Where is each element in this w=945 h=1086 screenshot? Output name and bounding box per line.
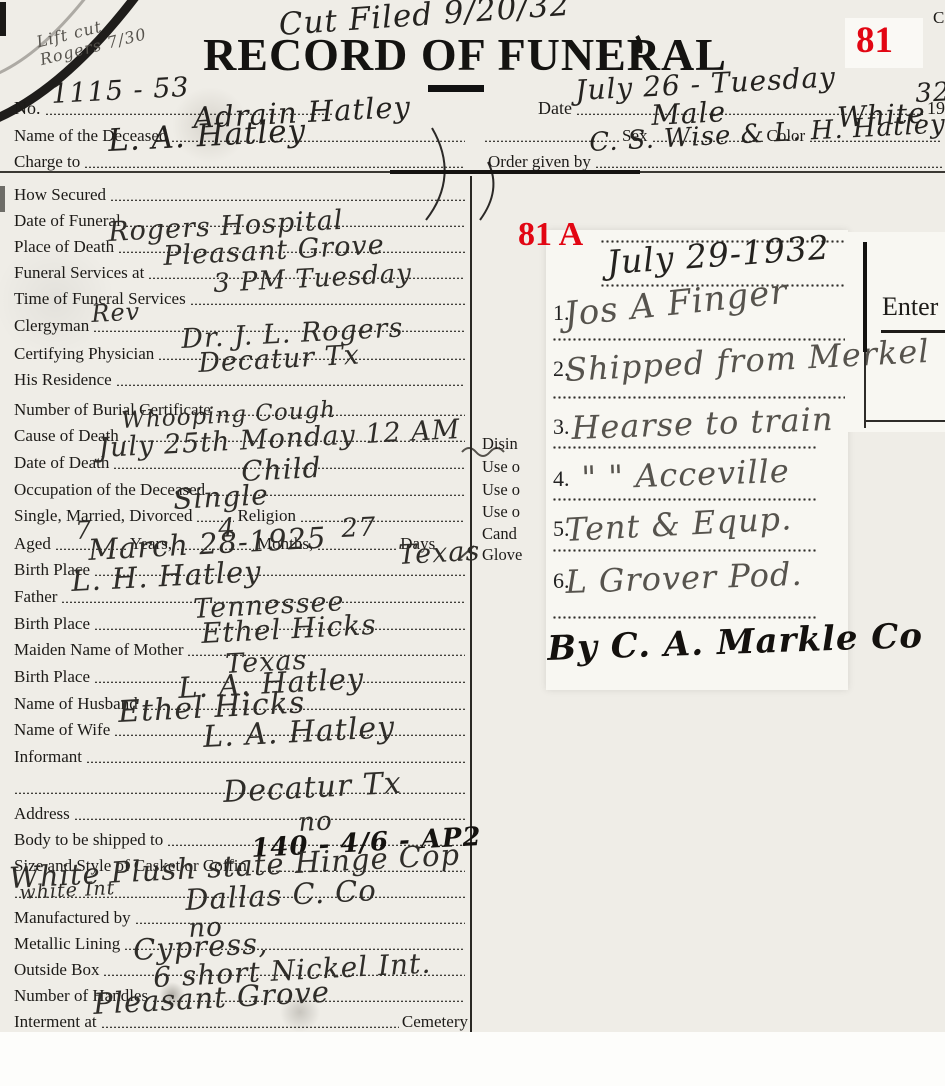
table-vertical-rule-thin — [864, 352, 866, 428]
dotted-line — [190, 302, 465, 305]
partial-label: Cand — [482, 524, 517, 544]
scan-bottom-margin — [0, 1032, 945, 1086]
dotted-line — [317, 547, 397, 550]
field-label: Outside Box — [14, 961, 99, 978]
slip-item-text: Hearse to train — [571, 403, 834, 444]
dotted-line — [116, 383, 465, 386]
handwritten-value: L. H. Hatley — [70, 557, 262, 596]
partial-label: Use o — [482, 480, 520, 500]
slip-item-text: " " Acceville — [581, 455, 790, 494]
slip-item-number: 4. — [553, 468, 570, 490]
field-label: Interment at — [14, 1013, 97, 1030]
handwritten-value: Ethel Hicks — [201, 611, 378, 648]
field-row: How Secured — [14, 179, 468, 203]
slip-dotted-line — [552, 446, 818, 449]
field-label: Date of Death — [14, 454, 109, 471]
field-label: Funeral Services at — [14, 264, 144, 281]
aged-days-value: 27 — [341, 514, 377, 542]
order-row: Order given by C. S. Wise & L. H. Hatley — [488, 148, 945, 170]
field-label: His Residence — [14, 371, 112, 388]
field-label: Body to be shipped to — [14, 831, 163, 848]
partial-label: Glove — [482, 545, 522, 565]
handwritten-value-2: Texas — [398, 538, 481, 569]
handwritten-note: white Int — [19, 879, 116, 903]
field-row: Interment at Cemetery Pleasant Grove — [14, 1006, 468, 1030]
cemetery-suffix: Cemetery — [402, 1013, 468, 1030]
corner-mark: C — [933, 8, 944, 28]
field-row: Informant L. A. Hatley — [14, 741, 468, 765]
scanned-funeral-record: Lift cut Rogers 7/30 Cut Filed 9/20/32 R… — [0, 0, 945, 1086]
title-underline — [428, 85, 484, 92]
enter-underline — [881, 330, 945, 333]
handwritten-value: L. A. Hatley — [202, 713, 395, 753]
dotted-line — [595, 165, 942, 168]
field-row: His Residence Decatur Tx — [14, 364, 468, 388]
slip-dotted-line — [552, 616, 818, 619]
partial-label: Disin — [482, 434, 518, 454]
field-label: Place of Death — [14, 238, 114, 255]
field-label: Certifying Physician — [14, 345, 154, 362]
dotted-line — [110, 198, 465, 201]
dotted-line — [86, 760, 465, 763]
field-label: How Secured — [14, 186, 106, 203]
partial-label: Use o — [482, 457, 520, 477]
order-label: Order given by — [488, 153, 591, 170]
handwritten-value: Dallas C. Co — [184, 876, 377, 915]
field-row: Manufactured by Dallas C. Co white Int — [14, 902, 468, 926]
no-label: No. — [14, 99, 41, 117]
field-label: Birth Place — [14, 615, 90, 632]
field-label: Clergyman — [14, 317, 89, 334]
no-value: 1115 - 53 — [51, 74, 191, 108]
handwritten-value: Decatur Tx — [222, 769, 402, 808]
field-label: Aged — [14, 535, 51, 552]
page-number: 81 — [856, 22, 893, 59]
charge-value: L. A. Hatley — [107, 116, 306, 157]
table-vertical-rule — [863, 242, 867, 352]
field-label: Name of Wife — [14, 721, 110, 738]
dotted-line — [135, 921, 465, 924]
slip-dotted-line — [552, 549, 818, 552]
field-label: Maiden Name of Mother — [14, 641, 183, 658]
field-label: Single, Married, Divorced — [14, 507, 192, 524]
field-label: Date of Funeral — [14, 212, 121, 229]
inset-page-number: 81 A — [518, 218, 583, 252]
handwritten-value: Single — [173, 481, 270, 514]
table-horizontal-rule — [864, 420, 945, 422]
field-label: Informant — [14, 748, 82, 765]
field-label: Metallic Lining — [14, 935, 120, 952]
dotted-line — [74, 817, 465, 820]
slip-item-number: 3. — [553, 416, 570, 438]
column-divider — [470, 176, 472, 1032]
section-rule-dark — [390, 170, 640, 174]
charge-row: Charge to L. A. Hatley — [14, 148, 468, 170]
field-label: Manufactured by — [14, 909, 131, 926]
slip-item-text: L Grover Pod. — [565, 558, 803, 598]
field-label: Birth Place — [14, 668, 90, 685]
slip-dotted-line — [552, 396, 845, 399]
field-row: Time of Funeral Services 3 PM Tuesday — [14, 283, 468, 307]
field-label: Address — [14, 805, 70, 822]
enter-column-header: Enter — [882, 292, 938, 322]
handwritten-value: Decatur Tx — [198, 342, 361, 377]
charge-label: Charge to — [14, 153, 80, 170]
field-row: Address Decatur Tx — [14, 798, 468, 822]
partial-label: Use o — [482, 502, 520, 522]
dotted-line — [84, 165, 465, 168]
handwritten-value: Rev — [91, 299, 141, 326]
field-label: Father — [14, 588, 57, 605]
pencil-note: Lift cut Rogers 7/30 — [36, 14, 150, 68]
date-label: Date — [538, 99, 572, 117]
dotted-line — [101, 1025, 399, 1028]
order-value: C. S. Wise & L. H. Hatley — [589, 111, 945, 156]
